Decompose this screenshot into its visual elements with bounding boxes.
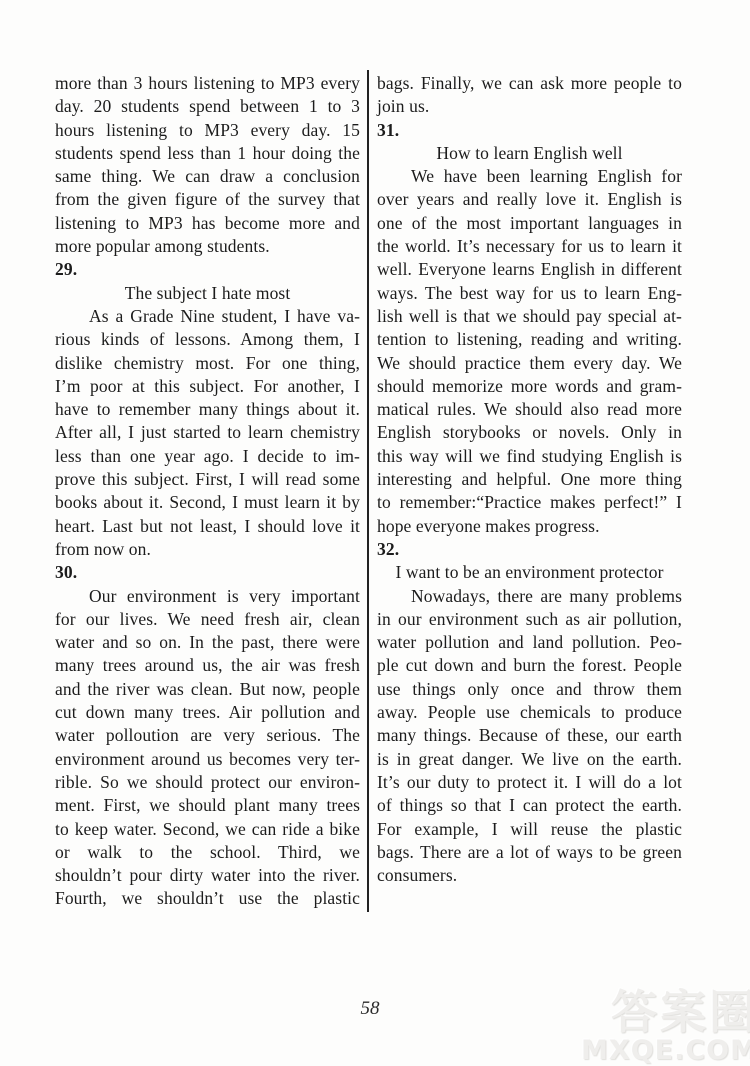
text-line: or walk to the school. Third, we [55, 841, 360, 864]
text-line: ways. The best way for us to learn Eng- [377, 282, 682, 305]
left-text-column: more than 3 hours listening to MP3 every… [55, 72, 360, 911]
text-line: away. People use chemicals to produce [377, 701, 682, 724]
text-line: dislike chemistry most. For one thing, [55, 352, 360, 375]
text-line: this way will we find studying English i… [377, 445, 682, 468]
text-line: Nowadays, there are many problems [377, 585, 682, 608]
column-divider [367, 70, 369, 912]
text-line: 30. [55, 561, 360, 584]
text-line: matical rules. We should also read more [377, 398, 682, 421]
text-line: We should practice them every day. We [377, 352, 682, 375]
text-line: shouldn’t pour dirty water into the rive… [55, 864, 360, 887]
text-line: interesting and helpful. One more thing [377, 468, 682, 491]
text-line: tention to listening, reading and writin… [377, 328, 682, 351]
text-line: students spend less than 1 hour doing th… [55, 142, 360, 165]
text-line: should memorize more words and gram- [377, 375, 682, 398]
text-line: hope everyone makes progress. [377, 515, 682, 538]
text-line: heart. Last but not least, I should love… [55, 515, 360, 538]
text-line: 31. [377, 119, 682, 142]
text-line: English storybooks or novels. Only in [377, 421, 682, 444]
text-line: bags. Finally, we can ask more people to [377, 72, 682, 95]
text-line: one of the most important languages in [377, 212, 682, 235]
text-line: and the river was clean. But now, people [55, 678, 360, 701]
text-line: bags. There are a lot of ways to be gree… [377, 841, 682, 864]
watermark-chinese-logo: 答案圈 [581, 989, 750, 1035]
text-line: same thing. We can draw a conclusion [55, 165, 360, 188]
right-text-column: bags. Finally, we can ask more people to… [377, 72, 682, 887]
text-line: The subject I hate most [55, 282, 360, 305]
text-line: well. Everyone learns English in differe… [377, 258, 682, 281]
watermark-site-name: MXQE.COM [581, 1037, 750, 1064]
text-line: I’m poor at this subject. For another, I [55, 375, 360, 398]
text-line: For example, I will reuse the plastic [377, 818, 682, 841]
text-line: is in great danger. We live on the earth… [377, 748, 682, 771]
text-line: environment around us becomes very ter- [55, 748, 360, 771]
text-line: books about it. Second, I must learn it … [55, 491, 360, 514]
text-line: to keep water. Second, we can ride a bik… [55, 818, 360, 841]
text-line: from the given figure of the survey that [55, 188, 360, 211]
text-line: We have been learning English for [377, 165, 682, 188]
text-line: 32. [377, 538, 682, 561]
text-line: to remember:“Practice makes perfect!” I [377, 491, 682, 514]
text-line: in our environment such as air pollution… [377, 608, 682, 631]
text-line: How to learn English well [377, 142, 682, 165]
text-line: more than 3 hours listening to MP3 every [55, 72, 360, 95]
text-line: I want to be an environment protector [377, 561, 682, 584]
text-line: As a Grade Nine student, I have va- [55, 305, 360, 328]
text-line: many things. Because of these, our earth [377, 724, 682, 747]
text-line: consumers. [377, 864, 682, 887]
text-line: listening to MP3 has become more and [55, 212, 360, 235]
watermark: 答案圈 MXQE.COM [581, 989, 750, 1064]
text-line: have to remember many things about it. [55, 398, 360, 421]
text-line: join us. [377, 95, 682, 118]
text-line: many trees around us, the air was fresh [55, 654, 360, 677]
text-line: rious kinds of lessons. Among them, I [55, 328, 360, 351]
text-line: of things so that I can protect the eart… [377, 794, 682, 817]
text-line: Our environment is very important [55, 585, 360, 608]
text-line: ment. First, we should plant many trees [55, 794, 360, 817]
text-line: Fourth, we shouldn’t use the plastic [55, 887, 360, 910]
text-line: over years and really love it. English i… [377, 188, 682, 211]
text-line: rible. So we should protect our environ- [55, 771, 360, 794]
text-line: lish well is that we should pay special … [377, 305, 682, 328]
text-line: 29. [55, 258, 360, 281]
text-line: less than one year ago. I decide to im- [55, 445, 360, 468]
text-line: from now on. [55, 538, 360, 561]
text-line: water polloution are very serious. The [55, 724, 360, 747]
text-line: water and so on. In the past, there were [55, 631, 360, 654]
text-line: more popular among students. [55, 235, 360, 258]
text-line: hours listening to MP3 every day. 15 [55, 119, 360, 142]
text-line: ple cut down and burn the forest. People [377, 654, 682, 677]
book-page: more than 3 hours listening to MP3 every… [0, 0, 750, 1066]
text-line: day. 20 students spend between 1 to 3 [55, 95, 360, 118]
text-line: water pollution and land pollution. Peo- [377, 631, 682, 654]
text-line: prove this subject. First, I will read s… [55, 468, 360, 491]
text-line: cut down many trees. Air pollution and [55, 701, 360, 724]
text-line: the world. It’s necessary for us to lear… [377, 235, 682, 258]
text-line: It’s our duty to protect it. I will do a… [377, 771, 682, 794]
text-line: use things only once and throw them [377, 678, 682, 701]
text-line: for our lives. We need fresh air, clean [55, 608, 360, 631]
text-line: After all, I just started to learn chemi… [55, 421, 360, 444]
